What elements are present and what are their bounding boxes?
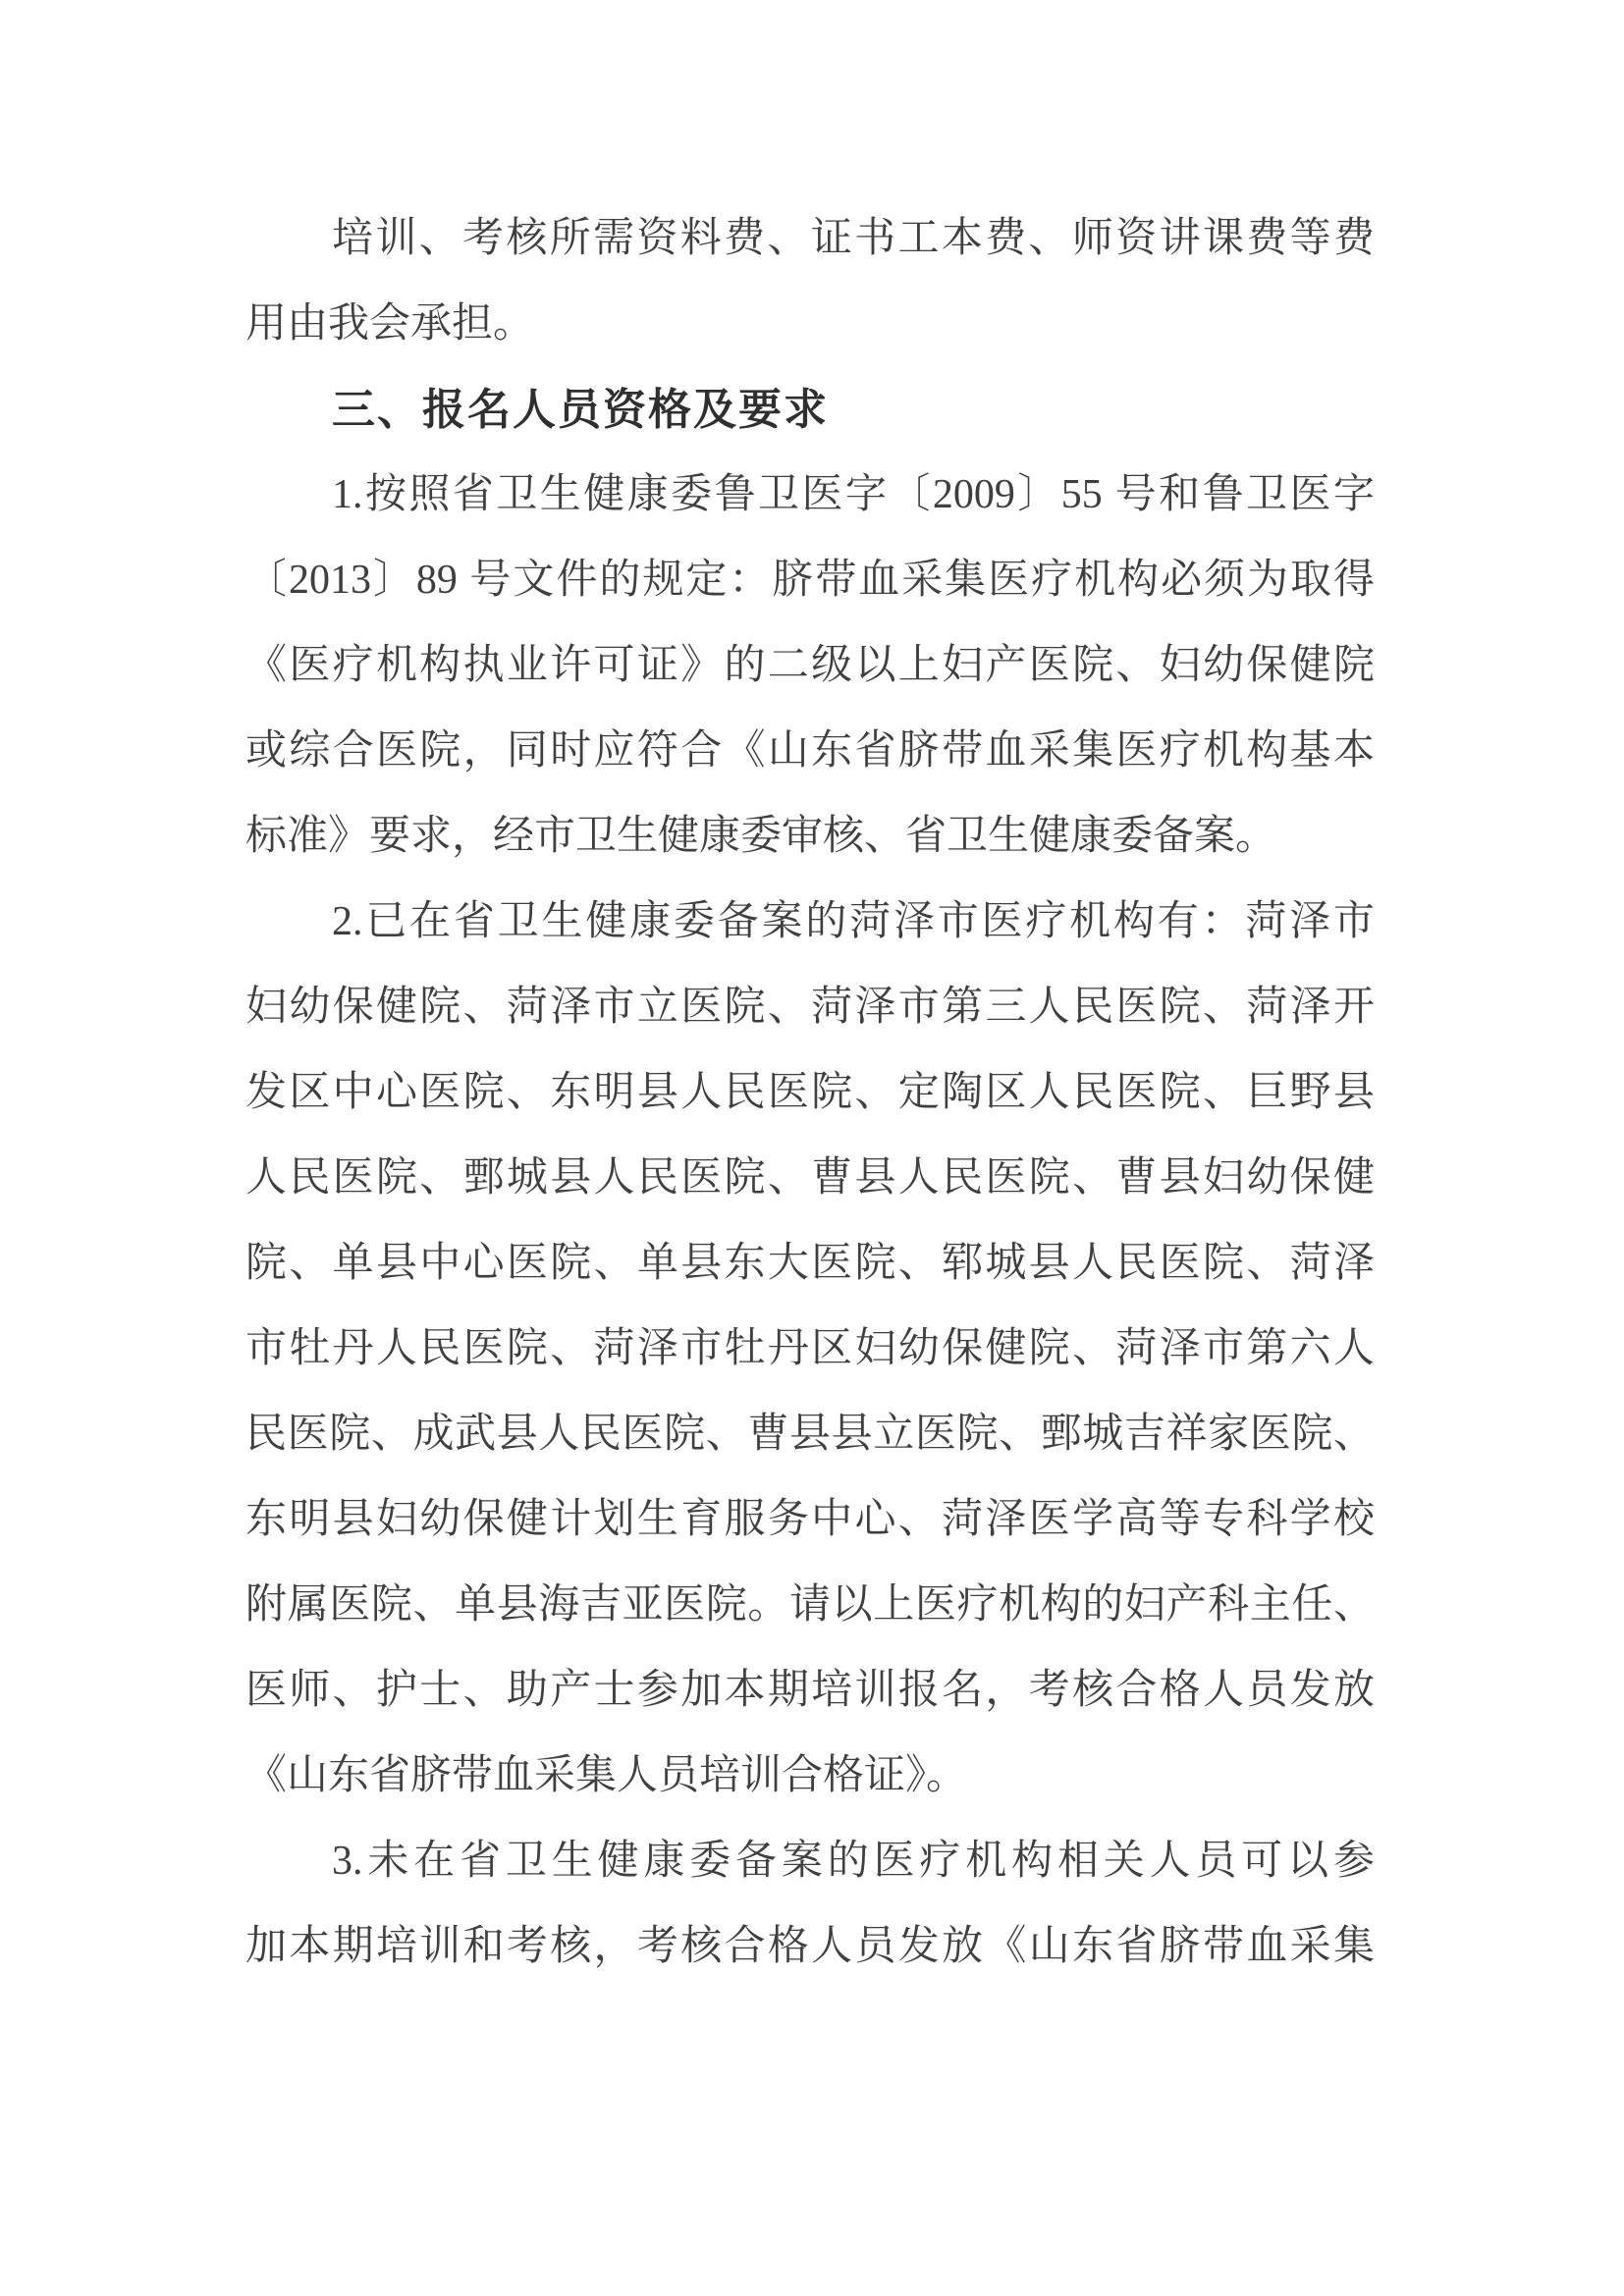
text-line: 用由我会承担。 (245, 282, 1375, 367)
text-line: 民医院、成武县人民医院、曹县县立医院、鄄城吉祥家医院、 (245, 1392, 1375, 1477)
text-line: 2.已在省卫生健康委备案的菏泽市医疗机构有：菏泽市 (245, 880, 1375, 965)
text-line: 1.按照省卫生健康委鲁卫医字〔2009〕55 号和鲁卫医字 (245, 453, 1375, 538)
paragraph-item-1: 1.按照省卫生健康委鲁卫医字〔2009〕55 号和鲁卫医字 〔2013〕89 号… (245, 453, 1375, 880)
text-line: 培训、考核所需资料费、证书工本费、师资讲课费等费 (245, 196, 1375, 282)
text-line: 或综合医院，同时应符合《山东省脐带血采集医疗机构基本 (245, 709, 1375, 794)
paragraph-item-3: 3.未在省卫生健康委备案的医疗机构相关人员可以参 加本期培训和考核，考核合格人员… (245, 1819, 1375, 1990)
text-line: 标准》要求，经市卫生健康委审核、省卫生健康委备案。 (245, 794, 1375, 880)
document-page: 培训、考核所需资料费、证书工本费、师资讲课费等费 用由我会承担。 三、报名人员资… (0, 0, 1624, 2296)
text-line: 《山东省脐带血采集人员培训合格证》。 (245, 1734, 1375, 1819)
text-line: 附属医院、单县海吉亚医院。请以上医疗机构的妇产科主任、 (245, 1563, 1375, 1648)
text-line: 3.未在省卫生健康委备案的医疗机构相关人员可以参 (245, 1819, 1375, 1904)
text-line: 《医疗机构执业许可证》的二级以上妇产医院、妇幼保健院 (245, 623, 1375, 709)
text-line: 医师、护士、助产士参加本期培训报名，考核合格人员发放 (245, 1648, 1375, 1734)
text-line: 妇幼保健院、菏泽市立医院、菏泽市第三人民医院、菏泽开 (245, 965, 1375, 1050)
text-line: 东明县妇幼保健计划生育服务中心、菏泽医学高等专科学校 (245, 1477, 1375, 1563)
text-line: 市牡丹人民医院、菏泽市牡丹区妇幼保健院、菏泽市第六人 (245, 1307, 1375, 1392)
text-line: 〔2013〕89 号文件的规定：脐带血采集医疗机构必须为取得 (245, 538, 1375, 623)
paragraph-item-2: 2.已在省卫生健康委备案的菏泽市医疗机构有：菏泽市 妇幼保健院、菏泽市立医院、菏… (245, 880, 1375, 1819)
text-line: 院、单县中心医院、单县东大医院、郓城县人民医院、菏泽 (245, 1221, 1375, 1307)
text-line: 加本期培训和考核，考核合格人员发放《山东省脐带血采集 (245, 1904, 1375, 1990)
text-line: 人民医院、鄄城县人民医院、曹县人民医院、曹县妇幼保健 (245, 1136, 1375, 1221)
document-body: 培训、考核所需资料费、证书工本费、师资讲课费等费 用由我会承担。 三、报名人员资… (245, 196, 1375, 1990)
section-heading: 三、报名人员资格及要求 (245, 367, 1375, 453)
text-line: 发区中心医院、东明县人民医院、定陶区人民医院、巨野县 (245, 1050, 1375, 1136)
paragraph-fees: 培训、考核所需资料费、证书工本费、师资讲课费等费 用由我会承担。 (245, 196, 1375, 367)
